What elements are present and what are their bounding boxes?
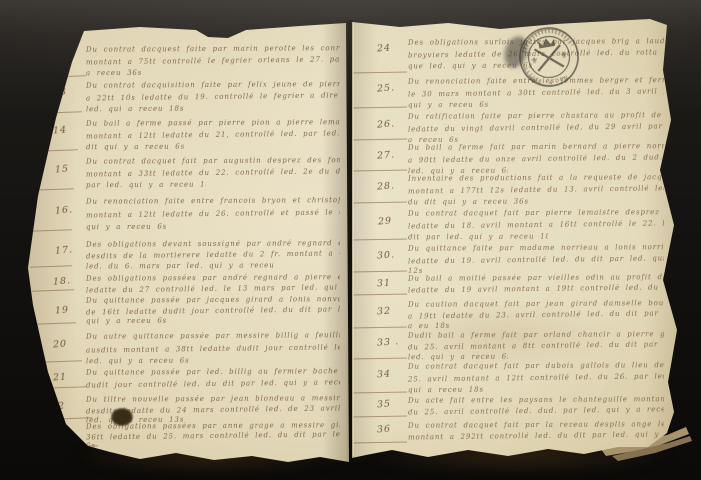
handwriting-line: led. qui y a receu 6s [86, 357, 191, 367]
entry-number: 14 [53, 125, 68, 137]
entry-number: 25. [377, 82, 396, 94]
handwriting-line: qui y a receu 6s [408, 101, 493, 111]
entry-separator-line [30, 265, 72, 267]
entry-number: 29 [378, 216, 393, 228]
entry-number: 35 [377, 399, 392, 411]
handwriting-line: Du bail a ferme passé par pierre pion a … [86, 118, 340, 129]
entry-separator-line [44, 386, 86, 388]
entry-separator-line [32, 289, 74, 291]
entry-separator-line [353, 72, 407, 74]
handwriting-line: Du caution dacquet fait par jean girard … [408, 299, 664, 310]
entry-separator-line [353, 294, 407, 296]
handwriting-line: montant a 12tt ledatte du 21, controllé … [86, 129, 340, 141]
stamp-text-sol: SOL [528, 76, 542, 86]
handwriting-line: Inventaire des productions fait a la req… [408, 173, 664, 184]
entry-separator-line [353, 358, 407, 360]
entry-number: 13 [53, 87, 68, 99]
entry-separator-line [34, 322, 76, 324]
handwriting-line: Du acte fait entre les paysans le chante… [408, 395, 664, 406]
entry-separator-line [353, 416, 407, 418]
entry-number: 16. [55, 204, 74, 216]
handwriting-line: a 90tt ledatte du onze avril controllé l… [408, 153, 664, 165]
handwriting-line: a eu 18s [408, 322, 463, 331]
handwriting-line: de 16tt ledatte dudit jour controllé led… [86, 305, 340, 317]
entry-separator-line [353, 442, 407, 444]
handwriting-line: desdits de la mortierere ledatte du 2 fr… [86, 249, 340, 261]
entry-separator-line [353, 327, 407, 329]
handwriting-line: a 19tt ledatte du 23. avril controllé le… [408, 309, 664, 321]
handwriting-line: du 25. avril controllé led. dud. par led… [408, 405, 664, 417]
entry-number: 34 [377, 369, 392, 381]
entry-separator-line [40, 111, 82, 113]
entry-number: 12 [55, 49, 70, 61]
entry-number: 32 [377, 306, 392, 318]
handwriting-line: Du renonciation faite entre francois bry… [86, 196, 340, 207]
entry-separator-line [353, 202, 407, 204]
entry-separator-line [353, 271, 407, 273]
entry-number: 27. [377, 149, 396, 161]
handwriting-line: montant a 33tt ledatte du 22. controllé … [86, 167, 340, 179]
handwriting-line: montant a 292tt controllé led. du dit pa… [408, 430, 664, 442]
handwriting-line: 6s [86, 442, 116, 451]
entry-separator-line [40, 360, 82, 362]
handwriting-line: a 22tt 10s ledatte du 19. controllé le f… [86, 91, 340, 103]
entry-number: 22 [51, 401, 66, 413]
handwriting-line: Du contrat dacquet fait par la rezeau de… [408, 420, 664, 431]
handwriting-line: Dudit bail a ferme fait par orland chanc… [408, 330, 664, 341]
entry-number: 28. [377, 180, 396, 192]
handwriting-line: led. qui y a receu 6s [408, 353, 508, 363]
handwriting-line: montant a 12tt ledatte du 26. controllé … [86, 208, 340, 220]
fleur-de-lis-icon: ⚜ [530, 56, 540, 67]
entry-number: 30. [377, 249, 396, 261]
handwriting-line: ledatte du 19. avril controllé led. du d… [408, 254, 664, 266]
handwriting-line: Du quittance passée par jacques girard a… [86, 295, 340, 306]
entry-separator-line [353, 139, 407, 141]
handwriting-line: qui a receu 18s [408, 386, 488, 395]
entry-number: 21 [53, 372, 68, 384]
handwriting-line: a receu 36s [86, 69, 176, 79]
entry-separator-line [353, 392, 407, 394]
fiscal-stamp: ⚜ ⚜ SOL 4 DEN. [493, 1, 604, 112]
handwriting-line: Du autre quittance passée par messire bi… [86, 331, 340, 342]
entry-number: 20 [53, 339, 68, 351]
handwriting-line: ledatte du 27 controllé led. le 13 mars … [86, 283, 340, 295]
entry-number: 15 [55, 164, 70, 176]
entry-separator-line [44, 75, 86, 77]
entry-separator-line [353, 170, 407, 172]
handwriting-line: Du contrat dacquet fait par dubois gallo… [408, 361, 664, 372]
ink-blot [111, 408, 133, 426]
handwriting-line: du 25. avril montant a 8tt controllé led… [408, 340, 664, 352]
handwriting-line: Du quittance faite par madame norrieau a… [408, 243, 664, 254]
entry-number: 36 [377, 424, 392, 436]
handwriting-line: Du contrat dacquet fait par pierre lemai… [408, 208, 664, 219]
manuscript-photo: 12Du contrat dacquest faite par marin pe… [0, 0, 701, 480]
handwriting-line: led. qui a receu 18s [86, 105, 196, 115]
entry-separator-line [32, 188, 74, 190]
handwriting-line: led. du 6. mars par led. qui y a receu 3… [86, 261, 276, 271]
handwriting-line: ledatte du vingt davril controllé led. d… [408, 122, 664, 134]
handwriting-line: 25. avril montant a 12tt controllé led. … [408, 372, 664, 384]
entry-separator-line [30, 229, 72, 231]
handwriting-line: 36tt ledatte du 25. mars controllé led. … [86, 430, 340, 442]
handwriting-line: montant a 75tt controllé le fegrier orle… [86, 55, 340, 67]
handwriting-line: dudit jour controllé led. du dit par led… [86, 378, 340, 390]
handwriting-line: dit qui y a receu 6s [86, 143, 186, 153]
entry-number: 19 [55, 305, 70, 317]
entry-number: 33 . [377, 336, 400, 349]
handwriting-line: qui y a receu 6s [86, 223, 171, 233]
handwriting-line: Du contrat dacquisition faite par felix … [86, 80, 340, 91]
handwriting-line: du dit qui y a receu 36s [408, 198, 528, 208]
entry-number: 18. [53, 275, 72, 287]
entry-separator-line [353, 239, 407, 241]
handwriting-line: Du quittance passée par led. billig au f… [86, 367, 340, 378]
handwriting-line: Du bail a moitié passée par vieilles odi… [408, 273, 664, 284]
handwriting-line: par led. qui y a receu 18s [86, 181, 206, 191]
entry-number: 17. [55, 244, 74, 256]
handwriting-line: Du bail a ferme fait par marin bernard a… [408, 142, 664, 153]
handwriting-line: Des obligations passées par andré regnar… [86, 273, 340, 284]
handwriting-line: qui y a receu 6s [86, 317, 171, 327]
handwriting-line: ledatte du 19 avril montant a 19tt contr… [408, 283, 664, 295]
handwriting-line: montant a 177tt 12s ledatte du 13. avril… [408, 184, 664, 196]
center-fold-highlight [353, 22, 354, 456]
entry-separator-line [36, 149, 78, 151]
handwriting-line: Du tiltre nouvelle passée par jean blond… [86, 394, 340, 405]
handwriting-line: Des obligations devant soussigné par and… [86, 239, 340, 250]
handwriting-line: Du contrat dacquet fait par augustin des… [86, 156, 340, 167]
entry-number: 24 [377, 43, 392, 55]
fleur-de-lis-icon: ⚜ [559, 51, 569, 62]
entry-number: 23 [55, 427, 70, 439]
entry-number: 31 [377, 278, 392, 290]
handwriting-line: dit par led. qui y a receu 18s [408, 233, 548, 243]
handwriting-line: ausdits montant a 38tt ledatte dudit jou… [86, 343, 340, 355]
entry-number: 26. [377, 118, 396, 130]
handwriting-line: Du contrat dacquest faite par marin pero… [86, 44, 340, 55]
stamp-text-den: 4 DEN. [548, 74, 572, 87]
handwriting-line: ledatte du 18. avril montant a 16tt cont… [408, 219, 664, 231]
handwriting-line: Du ratification faite par pierre chastar… [408, 111, 664, 122]
entry-separator-line [353, 107, 407, 109]
